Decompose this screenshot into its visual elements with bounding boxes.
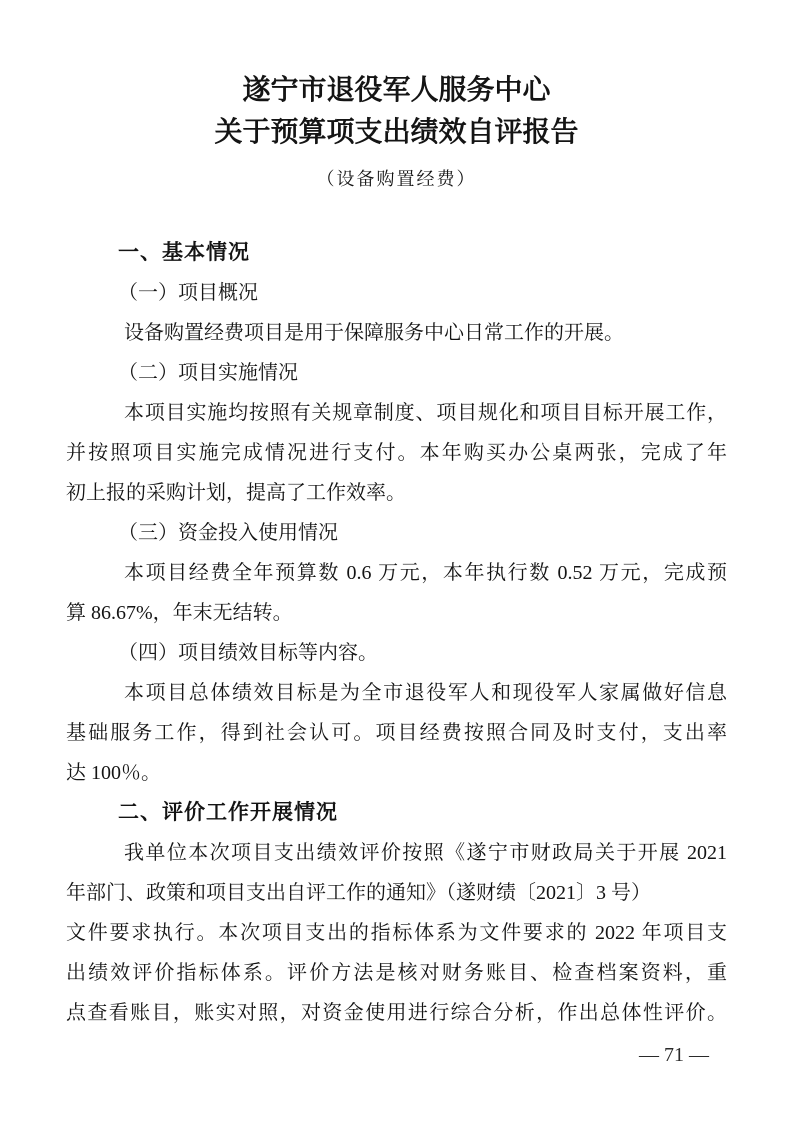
paragraph-line: 本项目总体绩效目标是为全市退役军人和现役军人家属做好信息 <box>66 673 727 713</box>
document-page: 遂宁市退役军人服务中心 关于预算项支出绩效自评报告 （设备购置经费） 一、基本情… <box>0 0 793 1122</box>
paragraph-line: 文件要求执行。本次项目支出的指标体系为文件要求的 2022 年项目支 <box>66 913 727 953</box>
subsection-heading-project-overview: （一）项目概况 <box>66 273 727 313</box>
paragraph-line: 本项目实施均按照有关规章制度、项目规化和项目目标开展工作， <box>66 393 727 433</box>
subsection-heading-performance-goals: （四）项目绩效目标等内容。 <box>66 633 727 673</box>
paragraph-line: 达 100％。 <box>66 753 727 793</box>
document-title-line-2: 关于预算项支出绩效自评报告 <box>0 112 793 154</box>
paragraph-line: 本项目经费全年预算数 0.6 万元，本年执行数 0.52 万元，完成预 <box>66 553 727 593</box>
section-heading-basic-info: 一、基本情况 <box>66 233 727 273</box>
document-body: 一、基本情况 （一）项目概况 设备购置经费项目是用于保障服务中心日常工作的开展。… <box>66 233 727 1033</box>
page-number: — 71 — <box>0 1045 709 1065</box>
paragraph-line: 我单位本次项目支出绩效评价按照《遂宁市财政局关于开展 2021 <box>66 833 727 873</box>
subsection-heading-funds-usage: （三）资金投入使用情况 <box>66 513 727 553</box>
paragraph-line: 初上报的采购计划，提高了工作效率。 <box>66 473 727 513</box>
document-title-line-1: 遂宁市退役军人服务中心 <box>0 70 793 112</box>
paragraph-line: 设备购置经费项目是用于保障服务中心日常工作的开展。 <box>66 313 727 353</box>
paragraph-line: 基础服务工作，得到社会认可。项目经费按照合同及时支付，支出率 <box>66 713 727 753</box>
paragraph-line: 点查看账目，账实对照，对资金使用进行综合分析，作出总体性评价。 <box>66 993 727 1033</box>
paragraph-line: 算 86.67%，年末无结转。 <box>66 593 727 633</box>
document-title-block: 遂宁市退役军人服务中心 关于预算项支出绩效自评报告 （设备购置经费） <box>0 0 793 191</box>
paragraph-line: 并按照项目实施完成情况进行支付。本年购买办公桌两张，完成了年 <box>66 433 727 473</box>
section-heading-evaluation-work: 二、评价工作开展情况 <box>66 793 727 833</box>
paragraph-line: 年部门、政策和项目支出自评工作的通知》（遂财绩〔2021〕3 号） <box>66 873 727 913</box>
subsection-heading-implementation: （二）项目实施情况 <box>66 353 727 393</box>
document-subtitle: （设备购置经费） <box>0 167 793 191</box>
paragraph-line: 出绩效评价指标体系。评价方法是核对财务账目、检查档案资料，重 <box>66 953 727 993</box>
